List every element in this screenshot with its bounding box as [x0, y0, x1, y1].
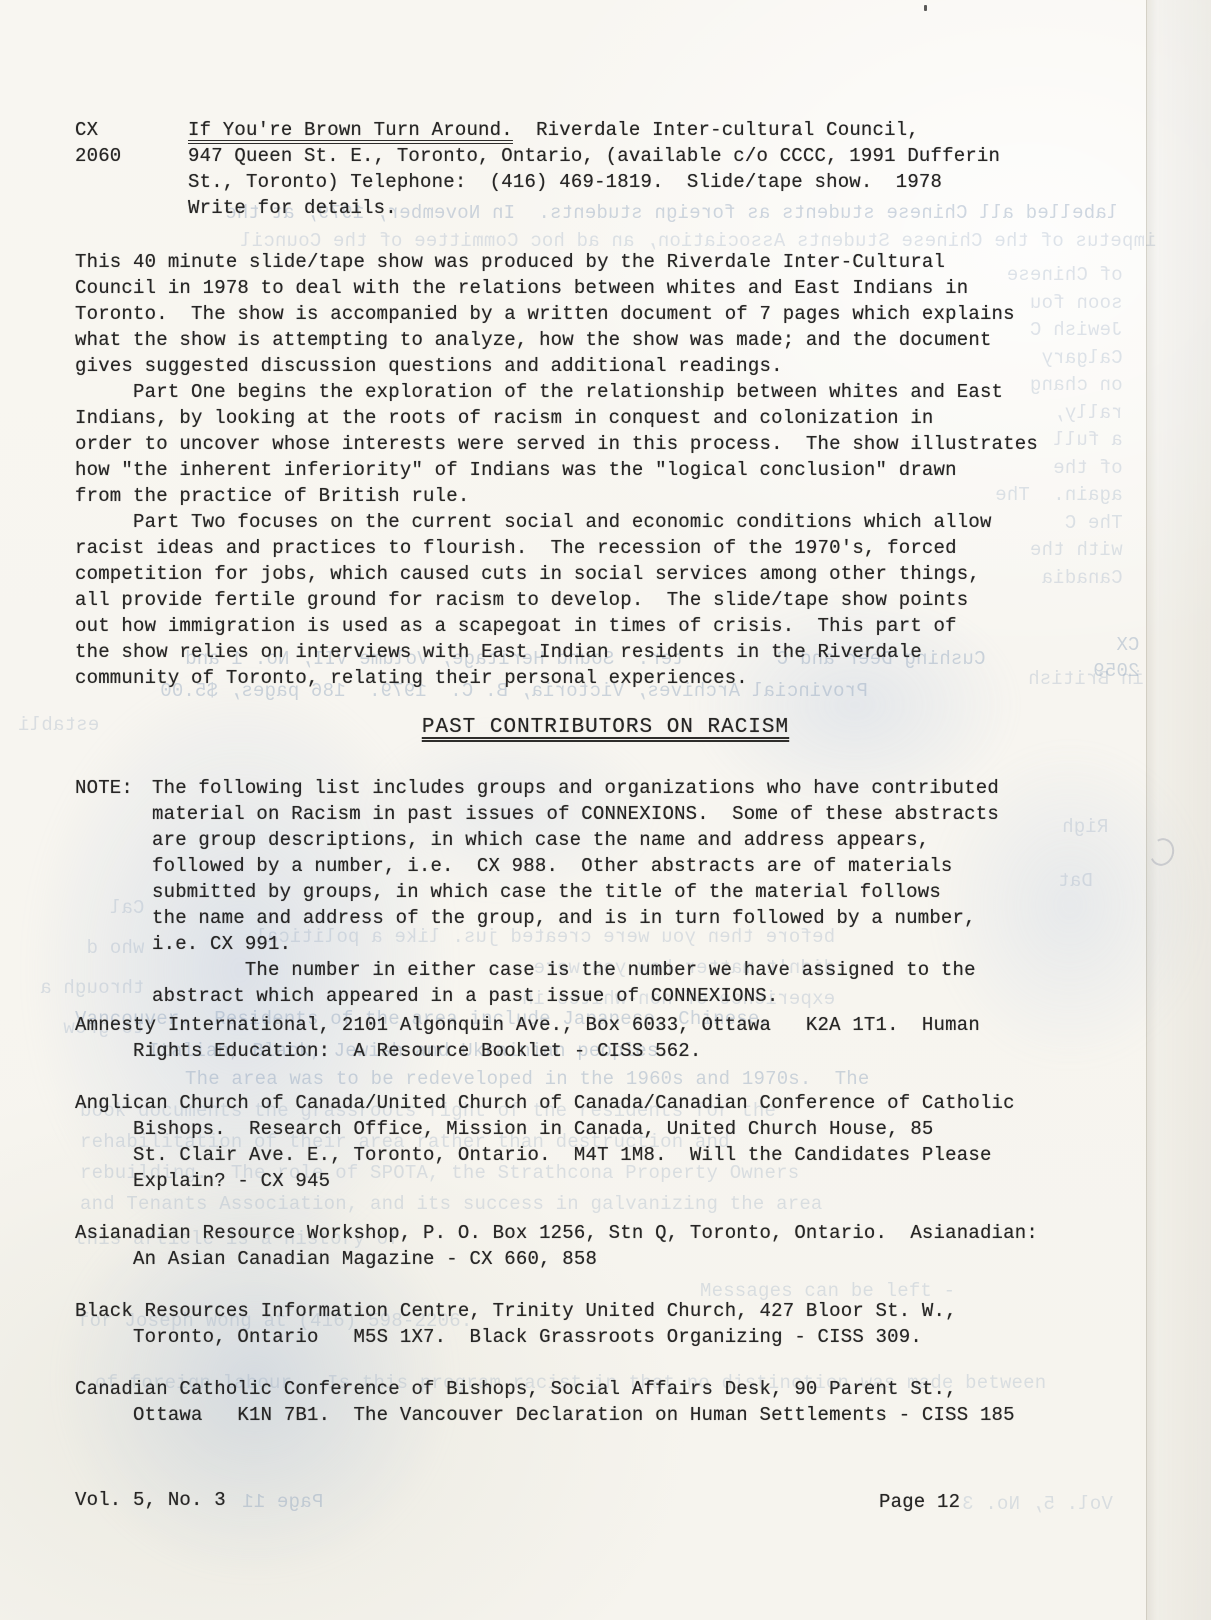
bleedthrough-page-number: Page 11	[242, 1487, 323, 1518]
contributor-entry-catholic-bishops: Canadian Catholic Conference of Bishops,…	[75, 1376, 1015, 1428]
note-text: The following list includes groups and o…	[152, 775, 999, 1009]
bleedthrough-volume: Vol. 5, No. 3	[962, 1489, 1113, 1520]
contributor-entry-amnesty: Amnesty International, 2101 Algonquin Av…	[75, 1012, 980, 1064]
abstract-id: CX 2060	[75, 117, 121, 169]
scan-speck	[924, 5, 927, 11]
contributor-entry-anglican: Anglican Church of Canada/United Church …	[75, 1090, 1015, 1194]
abstract-title: If You're Brown Turn Around.	[188, 119, 513, 141]
section-heading: PAST CONTRIBUTORS ON RACISM	[422, 716, 789, 739]
section-heading-row: PAST CONTRIBUTORS ON RACISM	[0, 716, 1211, 739]
page-number: Page 12	[879, 1489, 960, 1515]
scan-page-edge	[1146, 0, 1211, 1620]
abstract-entry: If You're Brown Turn Around. Riverdale I…	[188, 117, 1000, 221]
abstract-body-text: This 40 minute slide/tape show was produ…	[75, 249, 1038, 691]
bleedthrough-cx-id: CX 2059	[1093, 632, 1139, 684]
paperclip-mark	[1146, 835, 1177, 869]
bleedthrough-fragment: in British	[1028, 664, 1144, 695]
note-label: NOTE:	[75, 775, 133, 801]
contributor-entry-asianadian: Asianadian Resource Workshop, P. O. Box …	[75, 1220, 1038, 1272]
volume-number: Vol. 5, No. 3	[75, 1487, 226, 1513]
contributor-entry-black-resources: Black Resources Information Centre, Trin…	[75, 1298, 957, 1350]
bleedthrough-fragment: Dat	[1058, 866, 1093, 897]
bleedthrough-fragment: Righ	[1062, 812, 1108, 843]
scanned-page: labelled all Chinese students as foreign…	[0, 0, 1211, 1620]
